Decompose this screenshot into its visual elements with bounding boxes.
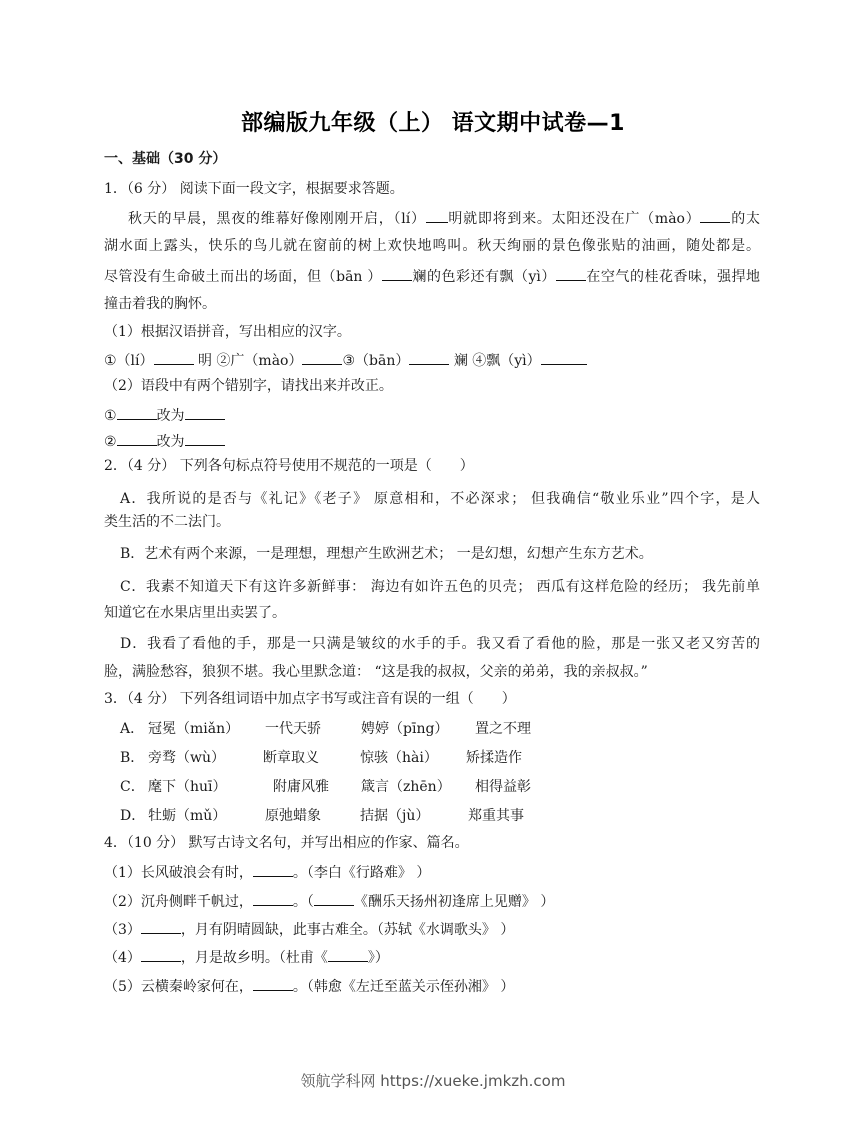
- q3-option-b: B． 旁骛（wù） 断章取义 惊骇（hài） 矫揉造作: [120, 749, 144, 767]
- answer-blank[interactable]: [117, 431, 157, 446]
- q2-option-b: B．艺术有两个来源，一是理想，理想产生欧洲艺术； 一是幻想，幻想产生东方艺术。: [120, 545, 653, 563]
- answer-blank[interactable]: [141, 919, 181, 934]
- q2-option-c-line-1: C．我素不知道天下有这许多新鲜事： 海边有如许五色的贝壳； 西瓜有这样危险的经历…: [104, 578, 760, 596]
- answer-blank[interactable]: [117, 405, 157, 420]
- answer-blank[interactable]: [253, 862, 293, 877]
- question-3-stem: 3．（4 分） 下列各组词语中加点字书写或注音有误的一组（ ）: [104, 690, 516, 708]
- q1-sub2-row-1: ①改为: [104, 405, 225, 425]
- answer-blank[interactable]: [185, 405, 225, 420]
- answer-blank[interactable]: [302, 350, 342, 365]
- answer-blank[interactable]: [328, 947, 368, 962]
- q4-item-4: （4），月是故乡明。（杜甫《》）: [104, 947, 389, 967]
- answer-blank[interactable]: [154, 350, 194, 365]
- q2-option-d-line-1: D．我看了看他的手，那是一只满是皱纹的水手的手。我又看了看他的脸，那是一张又老又…: [104, 635, 760, 653]
- answer-blank[interactable]: [409, 350, 449, 365]
- answer-blank[interactable]: [426, 208, 448, 223]
- q1-passage-line-1: 秋天的早晨，黑夜的维幕好像刚刚开启，（lí）明就即将到来。太阳还没在广（mào）…: [104, 208, 760, 228]
- q2-option-a-line-1: A．我所说的是否与《礼记》《老子》 原意相和，不必深求； 但我确信“敬业乐业”四…: [104, 490, 760, 508]
- answer-blank[interactable]: [700, 208, 730, 223]
- q1-sub2-row-2: ②改为: [104, 431, 225, 451]
- q1-passage-line-4: 撞击着我的胸怀。: [104, 295, 216, 313]
- answer-blank[interactable]: [382, 266, 412, 281]
- q1-sub2-label: （2）语段中有两个错别字，请找出来并改正。: [104, 377, 393, 395]
- q1-passage-line-2: 湖水面上露头，快乐的鸟儿就在窗前的树上欢快地鸣叫。秋天绚丽的景色像张贴的油画，随…: [104, 237, 760, 255]
- answer-blank[interactable]: [185, 431, 225, 446]
- q1-sub1-label: （1）根据汉语拼音，写出相应的汉字。: [104, 323, 351, 341]
- question-1-stem: 1．（6 分） 阅读下面一段文字，根据要求答题。: [104, 180, 404, 198]
- exam-page: 部编版九年级（上） 语文期中试卷—1 一、基础（30 分） 1．（6 分） 阅读…: [0, 0, 866, 1122]
- answer-blank[interactable]: [541, 350, 587, 365]
- q4-item-3: （3），月有阴晴圆缺，此事古难全。（苏轼《水调歌头》 ）: [104, 919, 514, 939]
- q4-item-5: （5）云横秦岭家何在，。（韩愈《左迁至蓝关示侄孙湘》 ）: [104, 976, 514, 996]
- q3-option-d: D． 牡蛎（mǔ） 原弛蜡象 拮据（jù） 郑重其事: [120, 807, 145, 825]
- q2-option-c-line-2: 知道它在水果店里出卖罢了。: [104, 604, 286, 622]
- answer-blank[interactable]: [556, 266, 586, 281]
- answer-blank[interactable]: [141, 947, 181, 962]
- q2-option-d-line-2: 脸，满脸愁容，狼狈不堪。我心里默念道： “这是我的叔叔，父亲的弟弟，我的亲叔叔。…: [104, 663, 648, 681]
- q3-option-c: C． 麾下（huī） 附庸风雅 箴言（zhēn） 相得益彰: [120, 778, 145, 796]
- answer-blank[interactable]: [253, 976, 293, 991]
- section-heading: 一、基础（30 分）: [104, 150, 226, 168]
- answer-blank[interactable]: [253, 891, 293, 906]
- q1-sub1-answers: ①（lí） 明 ②广（mào）③（bān） 斓 ④飘（yì）: [104, 350, 587, 370]
- q2-option-a-line-2: 类生活的不二法门。: [104, 513, 230, 531]
- question-4-stem: 4．（10 分） 默写古诗文名句，并写出相应的作家、篇名。: [104, 834, 469, 852]
- q3-option-a: A． 冠冕（miǎn） 一代天骄 娉婷（pīng） 置之不理: [120, 720, 144, 738]
- footer-watermark: 领航学科网 https://xueke.jmkzh.com: [0, 1070, 866, 1091]
- page-title: 部编版九年级（上） 语文期中试卷—1: [0, 106, 866, 137]
- q4-item-2: （2）沉舟侧畔千帆过，。（《酬乐天扬州初逢席上见赠》 ）: [104, 891, 554, 911]
- answer-blank[interactable]: [314, 891, 354, 906]
- question-2-stem: 2．（4 分） 下列各句标点符号使用不规范的一项是（ ）: [104, 457, 474, 475]
- q1-passage-line-3: 尽管没有生命破土而出的场面，但（bān ）斓的色彩还有飘（yì）在空气的桂花香味…: [104, 266, 760, 286]
- q4-item-1: （1）长风破浪会有时，。（李白《行路难》 ）: [104, 862, 430, 882]
